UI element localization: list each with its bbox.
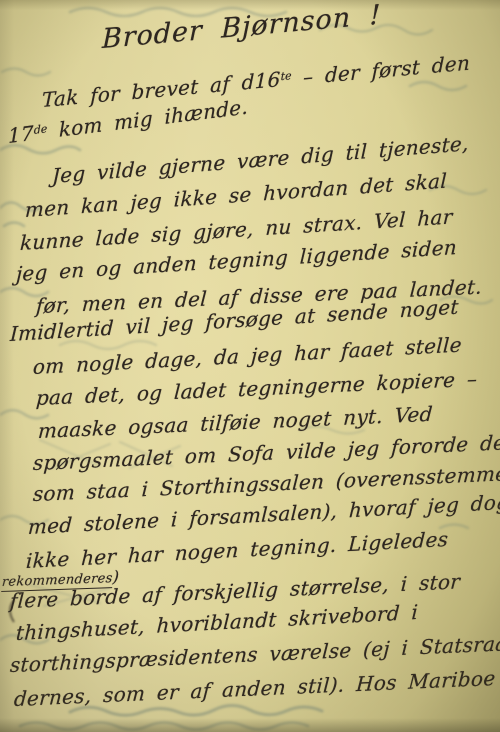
letter-photo: Broder Bjørnson ! Tak for brevet af d16t… — [0, 0, 500, 732]
salutation: Broder Bjørnson ! — [102, 0, 382, 55]
letter-line-text: – der først den — [291, 50, 470, 90]
ordinal-superscript: de — [34, 122, 48, 137]
letter-line: Tak for brevet af d16te – der først den — [42, 50, 471, 112]
letter-line-text: 17 — [8, 121, 34, 148]
letter-text: Broder Bjørnson ! Tak for brevet af d16t… — [0, 0, 500, 732]
